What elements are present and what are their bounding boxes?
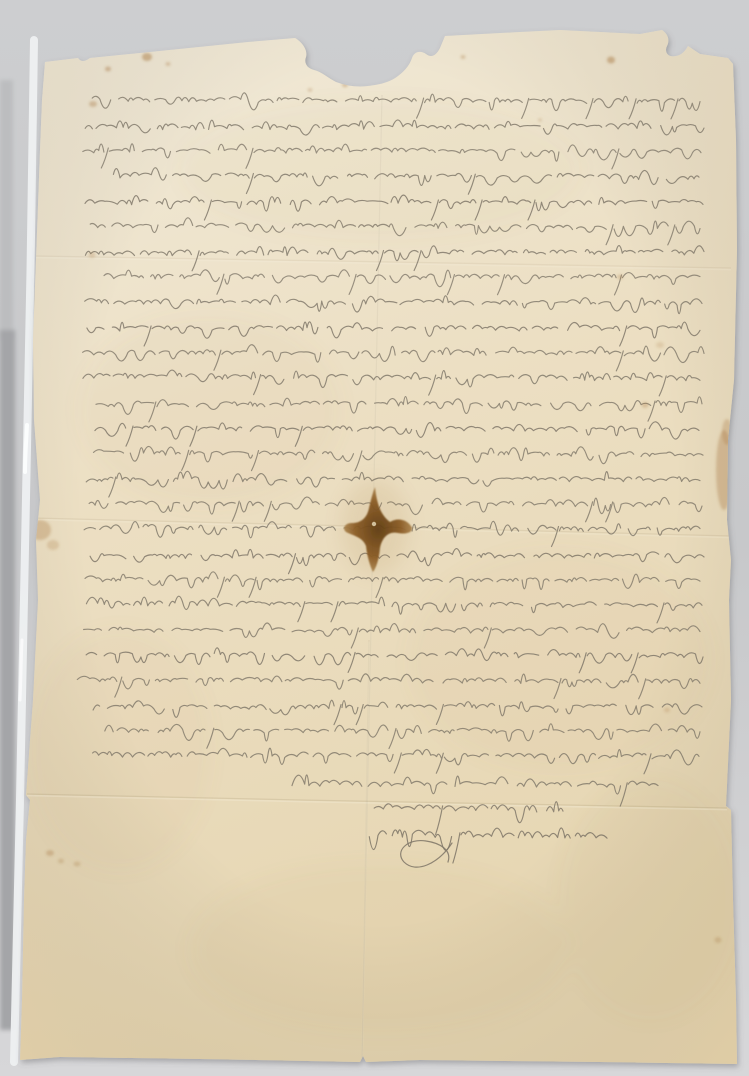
background-left-band [0, 330, 15, 1030]
manuscript-photo [0, 0, 749, 1076]
photo-canvas [0, 0, 749, 1076]
background-left-band-upper [0, 80, 13, 340]
